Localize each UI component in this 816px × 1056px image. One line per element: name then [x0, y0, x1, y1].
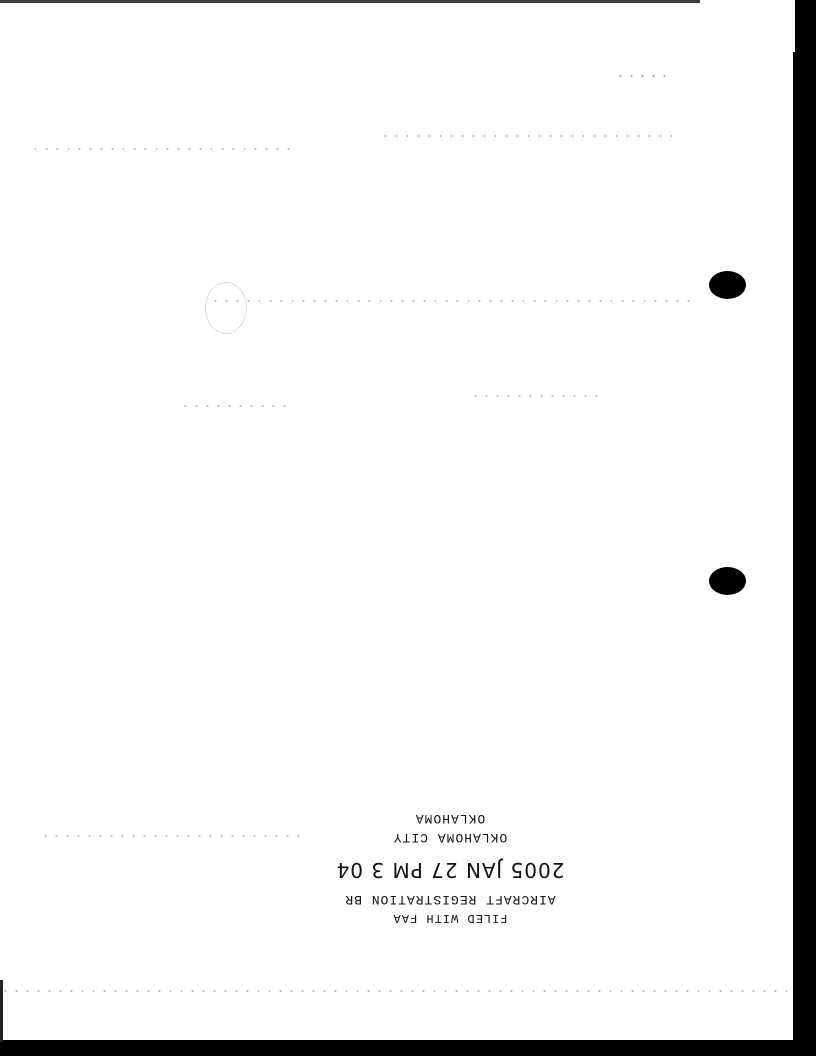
- stamp-filed-line: FILED WITH FAA: [305, 912, 595, 924]
- hole-punch-lower: [709, 567, 746, 595]
- bleed-through-specks: [210, 300, 690, 302]
- scanned-page: FILED WITH FAA AIRCRAFT REGISTRATION BR …: [0, 0, 816, 1056]
- scan-border-right-lower: [793, 525, 816, 1056]
- faa-filing-stamp: FILED WITH FAA AIRCRAFT REGISTRATION BR …: [305, 792, 595, 928]
- hole-punch-upper: [709, 271, 746, 299]
- stamp-city: OKLAHOMA CITY: [305, 831, 595, 844]
- bleed-through-specks: [615, 75, 670, 77]
- bleed-through-specks: [380, 135, 680, 137]
- scan-border-top: [0, 0, 700, 3]
- stamp-branch-line: AIRCRAFT REGISTRATION BR: [305, 893, 595, 906]
- bleed-through-specks: [0, 990, 790, 992]
- bleed-through-specks: [470, 395, 600, 397]
- scan-border-right: [793, 52, 816, 532]
- stamp-state: OKLAHOMA: [305, 812, 595, 825]
- stamp-datetime: 2005 JAN 27 PM 3 04: [305, 860, 595, 880]
- scan-border-bottom: [0, 1040, 816, 1056]
- bleed-through-specks: [40, 835, 300, 837]
- bleed-through-specks: [180, 405, 290, 407]
- bleed-through-specks: [30, 148, 290, 150]
- scan-border-right-upper: [795, 0, 816, 55]
- bleed-through-mark: [205, 282, 247, 334]
